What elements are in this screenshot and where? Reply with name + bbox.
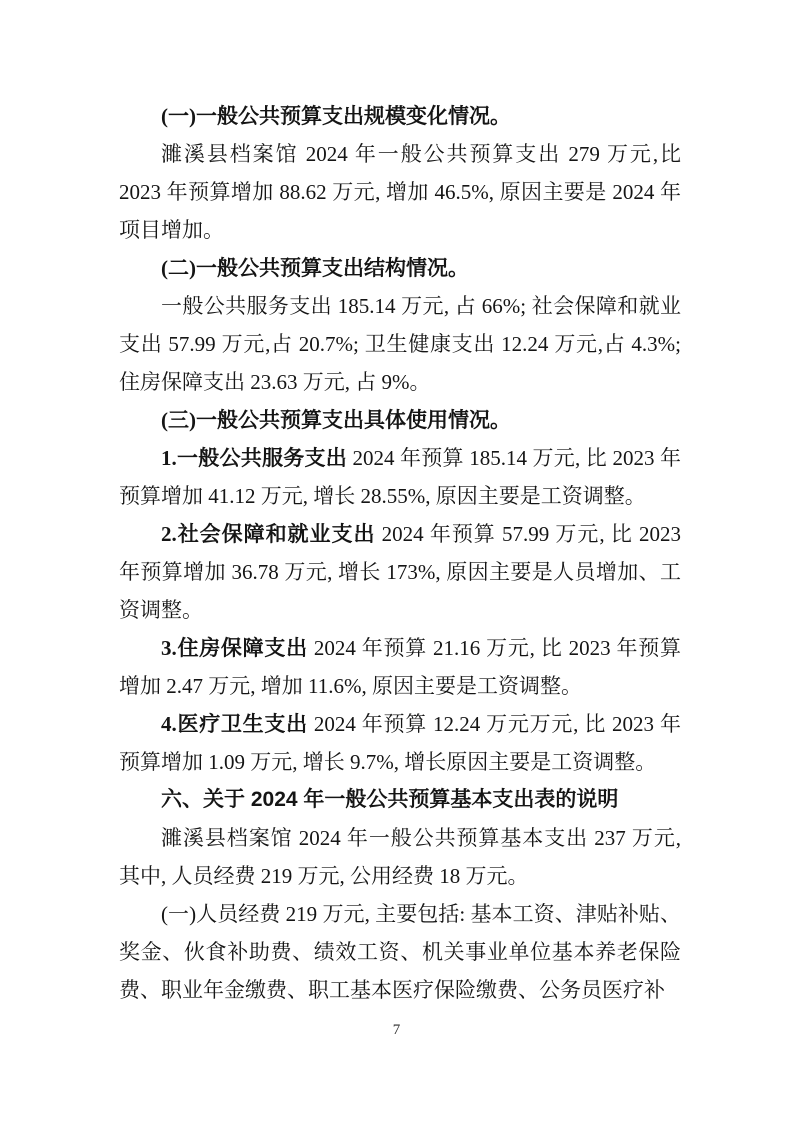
document-page: (一)一般公共预算支出规模变化情况。 濉溪县档案馆 2024 年一般公共预算支出… bbox=[0, 0, 793, 1122]
numbered-item-3: 3.住房保障支出 2024 年预算 21.16 万元, 比 2023 年预算增加… bbox=[119, 629, 681, 705]
section-heading-basic-expenditure: 六、关于 2024 年一般公共预算基本支出表的说明 bbox=[119, 781, 681, 819]
section-heading-3: (三)一般公共预算支出具体使用情况。 bbox=[119, 401, 681, 439]
paragraph-expenditure-structure: 一般公共服务支出 185.14 万元, 占 66%; 社会保障和就业支出 57.… bbox=[119, 287, 681, 401]
section-heading-2: (二)一般公共预算支出结构情况。 bbox=[119, 249, 681, 287]
page-body-text: (一)一般公共预算支出规模变化情况。 濉溪县档案馆 2024 年一般公共预算支出… bbox=[119, 97, 681, 1009]
paragraph-basic-expenditure-total: 濉溪县档案馆 2024 年一般公共预算基本支出 237 万元, 其中, 人员经费… bbox=[119, 819, 681, 895]
paragraph-personnel-expenses: (一)人员经费 219 万元, 主要包括: 基本工资、津贴补贴、奖金、伙食补助费… bbox=[119, 895, 681, 1009]
numbered-item-4: 4.医疗卫生支出 2024 年预算 12.24 万元万元, 比 2023 年预算… bbox=[119, 705, 681, 781]
paragraph-expenditure-scale: 濉溪县档案馆 2024 年一般公共预算支出 279 万元,比 2023 年预算增… bbox=[119, 135, 681, 249]
numbered-item-4-lead: 4.医疗卫生支出 bbox=[161, 712, 308, 736]
numbered-item-2: 2.社会保障和就业支出 2024 年预算 57.99 万元, 比 2023 年预… bbox=[119, 515, 681, 629]
numbered-item-2-lead: 2.社会保障和就业支出 bbox=[161, 522, 375, 546]
page-number: 7 bbox=[0, 1020, 793, 1040]
section-heading-1: (一)一般公共预算支出规模变化情况。 bbox=[119, 97, 681, 135]
numbered-item-1-lead: 1.一般公共服务支出 bbox=[161, 446, 347, 470]
numbered-item-3-lead: 3.住房保障支出 bbox=[161, 636, 308, 660]
numbered-item-1: 1.一般公共服务支出 2024 年预算 185.14 万元, 比 2023 年预… bbox=[119, 439, 681, 515]
